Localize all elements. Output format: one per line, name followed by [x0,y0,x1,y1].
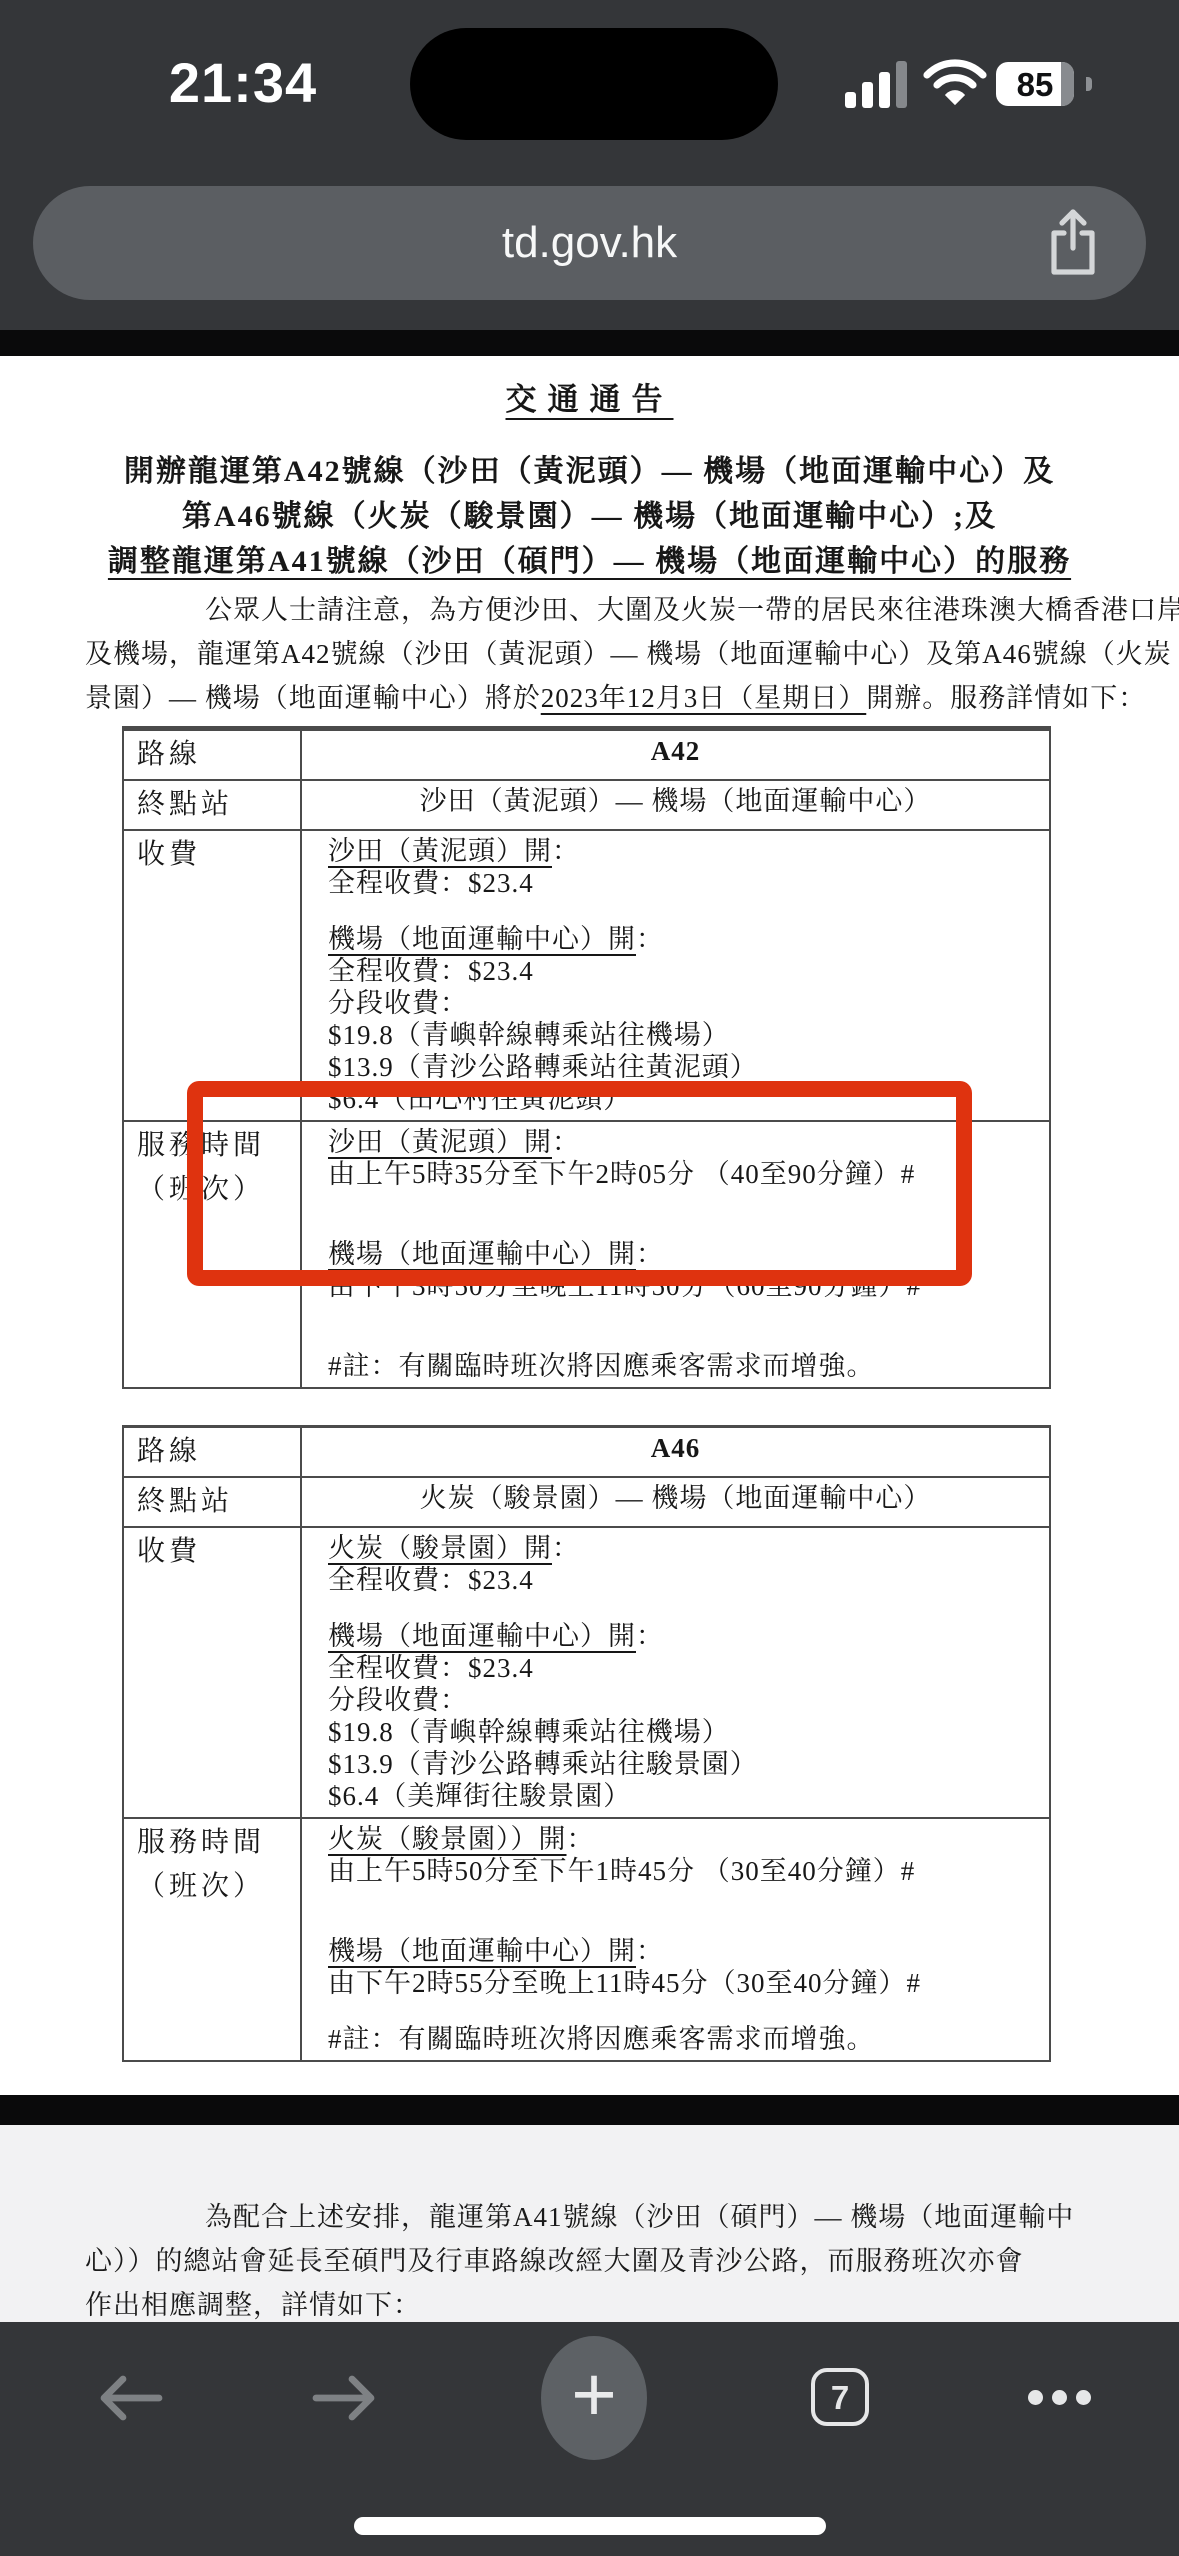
share-icon[interactable] [1046,208,1100,278]
text-line: 機場（地面運輸中心）開： [328,923,1041,955]
table-row-label: 收費 [124,1528,302,1817]
page-gap-bottom [0,2095,1179,2125]
page-title: 交通通告 [506,374,674,419]
plus-icon: + [571,2350,617,2438]
text-line: 機場（地面運輸中心）開： [328,1620,1041,1652]
forward-button[interactable] [308,2370,380,2431]
table-row-value: 沙田（黃泥頭）— 機場（地面運輸中心） [302,781,1049,829]
document-page-2: 為配合上述安排，龍運第A41號線（沙田（碩門）— 機場（地面運輸中心））的總站會… [0,2125,1179,2322]
browser-toolbar: + 7 [0,2322,1179,2556]
table-row-label: 服務時間（班次） [124,1819,302,2060]
tab-count: 7 [831,2379,849,2416]
text-line [328,1887,1041,1911]
text-line: 全程收費：$23.4 [328,1564,1041,1596]
table-row-label: 路線 [124,1428,302,1476]
text-line: 由上午5時50分至下午1時45分 （30至40分鐘）# [328,1855,1041,1887]
status-time: 21:34 [148,50,338,115]
text-line [328,1911,1041,1935]
table-row: 服務時間（班次）沙田（黃泥頭）開：由上午5時35分至下午2時05分 （40至90… [124,1120,1049,1387]
label-line: 終點站 [137,783,294,827]
notice-heading-line: 調整龍運第A41號線（沙田（碩門）— 機場（地面運輸中心）的服務 [0,539,1179,584]
dynamic-island [410,28,778,140]
route-table-a42: 路線A42終點站沙田（黃泥頭）— 機場（地面運輸中心）收費沙田（黃泥頭）開：全程… [122,726,1051,1389]
table-row: 路線A46 [124,1428,1049,1476]
text-line: 公眾人士請注意，為方便沙田、大圍及火炭一帶的居民來往港珠澳大橋香港口岸 [85,588,1095,632]
table-row-label: 服務時間（班次） [124,1122,302,1387]
arrow-left-icon [95,2370,167,2426]
back-button[interactable] [95,2370,167,2431]
page-gap-top [0,330,1179,356]
label-line: 路線 [137,733,294,777]
label-line: 服務時間 [137,1124,294,1168]
text-line: 全程收費：$23.4 [328,867,1041,899]
table-row: 終點站火炭（駿景園）— 機場（地面運輸中心） [124,1476,1049,1526]
table-row-label: 終點站 [124,1478,302,1526]
iphone-screen: 21:34 85 td.gov.hk [0,0,1179,2556]
text-line: 火炭（駿景園）— 機場（地面運輸中心） [310,1482,1041,1514]
text-line: $19.8（青嶼幹線轉乘站往機場） [328,1019,1041,1051]
text-line: 沙田（黃泥頭）開： [328,835,1041,867]
table-row-value: A42 [302,731,1049,779]
text-line [328,899,1041,923]
text-line: $6.4（美輝街往駿景園） [328,1780,1041,1812]
notice-heading-line: 開辦龍運第A42號線（沙田（黃泥頭）— 機場（地面運輸中心）及 [0,449,1179,494]
text-line [328,1596,1041,1620]
more-button[interactable] [1028,2390,1098,2406]
text-line: $13.9（青沙公路轉乘站往黃泥頭） [328,1051,1041,1083]
text-line: 及機場，龍運第A42號線（沙田（黃泥頭）— 機場（地面運輸中心）及第A46號線（… [85,632,1095,676]
text-line: 由上午5時35分至下午2時05分 （40至90分鐘）# [328,1158,1041,1190]
document-page: 交通通告 開辦龍運第A42號線（沙田（黃泥頭）— 機場（地面運輸中心）及第A46… [0,356,1179,2095]
notice-heading-line: 第A46號線（火炭（駿景園）— 機場（地面運輸中心）;及 [0,494,1179,539]
table-row: 終點站沙田（黃泥頭）— 機場（地面運輸中心） [124,779,1049,829]
text-line: #註：有關臨時班次將因應乘客需求而增強。 [328,2023,1041,2055]
table-row: 路線A42 [124,729,1049,779]
text-line: 作出相應調整，詳情如下： [85,2283,1095,2322]
table-row-label: 收費 [124,831,302,1120]
text-line: 由下午2時55分至晚上11時45分（30至40分鐘）# [328,1967,1041,1999]
battery-percent: 85 [996,62,1074,106]
text-line [328,1190,1041,1214]
intro-paragraph: 公眾人士請注意，為方便沙田、大圍及火炭一帶的居民來往港珠澳大橋香港口岸及機場，龍… [85,588,1095,720]
ellipsis-icon [1028,2390,1043,2405]
label-line: 服務時間 [137,1821,294,1865]
table-row: 服務時間（班次）火炭（駿景園））開：由上午5時50分至下午1時45分 （30至4… [124,1817,1049,2060]
table-row-value: 火炭（駿景園））開：由上午5時50分至下午1時45分 （30至40分鐘）# 機場… [302,1819,1049,2060]
table-row-value: 沙田（黃泥頭）開：全程收費：$23.4 機場（地面運輸中心）開：全程收費：$23… [302,831,1049,1120]
table-row-value: 火炭（駿景園）開：全程收費：$23.4 機場（地面運輸中心）開：全程收費：$23… [302,1528,1049,1817]
cellular-signal-icon [845,60,911,108]
browser-top-chrome: 21:34 85 td.gov.hk [0,0,1179,330]
text-line: 全程收費：$23.4 [328,955,1041,987]
text-line: 分段收費： [328,987,1041,1019]
table-row: 收費火炭（駿景園）開：全程收費：$23.4 機場（地面運輸中心）開：全程收費：$… [124,1526,1049,1817]
text-line: $13.9（青沙公路轉乘站往駿景園） [328,1748,1041,1780]
table-row-value: 沙田（黃泥頭）開：由上午5時35分至下午2時05分 （40至90分鐘）# 機場（… [302,1122,1049,1387]
text-line: $19.8（青嶼幹線轉乘站往機場） [328,1716,1041,1748]
text-line: A46 [310,1432,1041,1464]
label-line: 終點站 [137,1480,294,1524]
text-line [328,1214,1041,1238]
text-line [328,1326,1041,1350]
table-row-value: 火炭（駿景園）— 機場（地面運輸中心） [302,1478,1049,1526]
text-line: 全程收費：$23.4 [328,1652,1041,1684]
label-line: 收費 [137,1530,294,1574]
arrow-right-icon [308,2370,380,2426]
wifi-icon [922,56,988,111]
address-bar[interactable]: td.gov.hk [33,186,1146,300]
table-row-value: A46 [302,1428,1049,1476]
text-line: 由下午3時50分至晚上11時50分（60至90分鐘）# [328,1270,1041,1302]
text-line: 為配合上述安排，龍運第A41號線（沙田（碩門）— 機場（地面運輸中 [85,2195,1095,2239]
text-line: 分段收費： [328,1684,1041,1716]
text-line [328,1302,1041,1326]
text-line: 景園）— 機場（地面運輸中心）將於2023年12月3日（星期日）開辦。服務詳情如… [85,676,1095,720]
text-line: 沙田（黃泥頭）— 機場（地面運輸中心） [310,785,1041,817]
text-line: 機場（地面運輸中心）開： [328,1935,1041,1967]
new-tab-button[interactable]: + [541,2336,647,2460]
table-row-label: 路線 [124,731,302,779]
label-line: 路線 [137,1430,294,1474]
text-line: $6.4（田心村往黃泥頭） [328,1083,1041,1115]
label-line: 收費 [137,833,294,877]
text-line [328,1999,1041,2023]
text-line: 沙田（黃泥頭）開： [328,1126,1041,1158]
table-row-label: 終點站 [124,781,302,829]
route-table-a46: 路線A46終點站火炭（駿景園）— 機場（地面運輸中心）收費火炭（駿景園）開：全程… [122,1425,1051,2062]
text-line: 機場（地面運輸中心）開： [328,1238,1041,1270]
table-row: 收費沙田（黃泥頭）開：全程收費：$23.4 機場（地面運輸中心）開：全程收費：$… [124,829,1049,1120]
text-line: A42 [310,735,1041,767]
tabs-button[interactable]: 7 [811,2368,869,2426]
text-line: 火炭（駿景園））開： [328,1823,1041,1855]
home-indicator[interactable] [354,2517,826,2535]
url-text: td.gov.hk [33,186,1146,300]
label-line: （班次） [137,1168,294,1212]
battery-icon: 85 [996,62,1084,106]
text-line: 火炭（駿景園）開： [328,1532,1041,1564]
notice-headings: 開辦龍運第A42號線（沙田（黃泥頭）— 機場（地面運輸中心）及第A46號線（火炭… [0,449,1179,584]
label-line: （班次） [137,1865,294,1909]
a41-paragraph: 為配合上述安排，龍運第A41號線（沙田（碩門）— 機場（地面運輸中心））的總站會… [85,2195,1095,2322]
text-line: #註：有關臨時班次將因應乘客需求而增強。 [328,1350,1041,1382]
text-line: 心））的總站會延長至碩門及行車路線改經大圍及青沙公路，而服務班次亦會 [85,2239,1095,2283]
